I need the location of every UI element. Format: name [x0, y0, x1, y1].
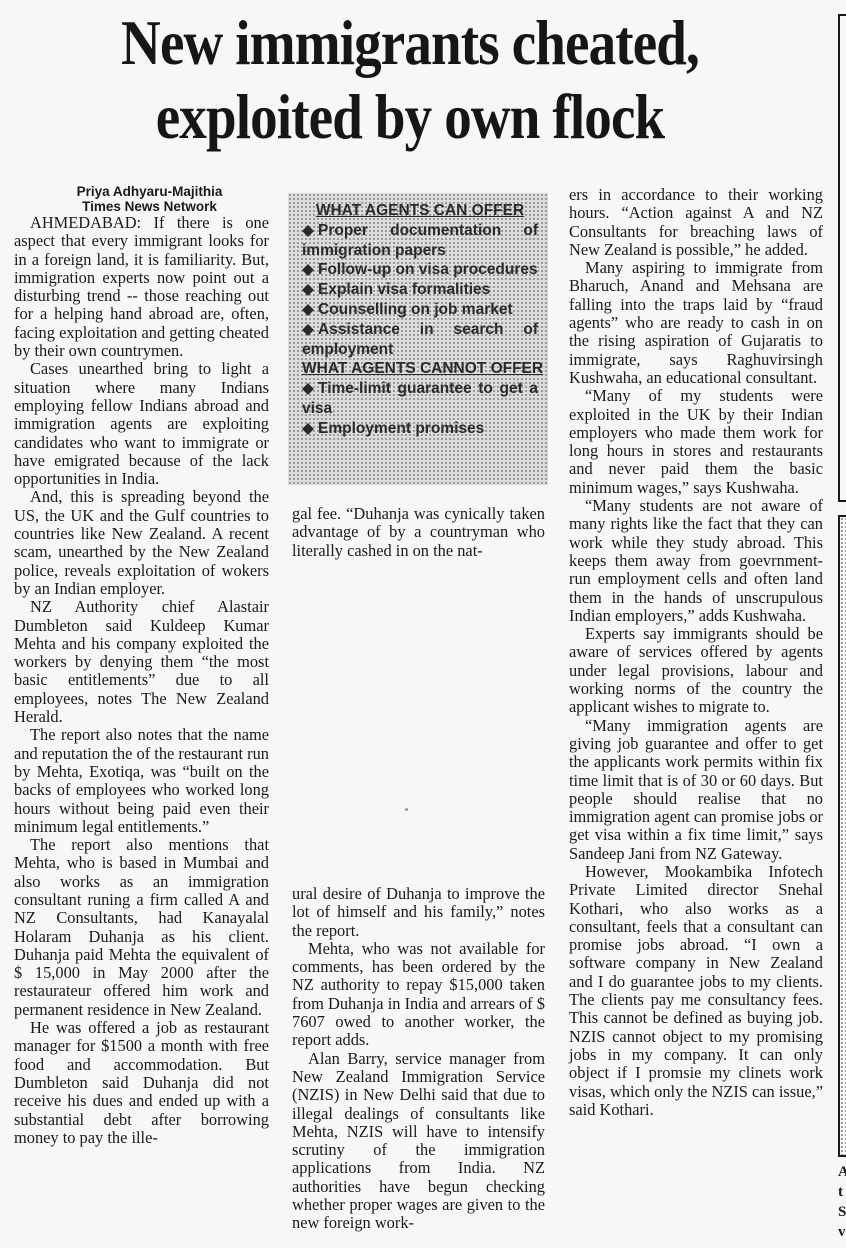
paragraph: gal fee. “Duhanja was cynically taken ad… — [292, 505, 545, 560]
fragment-letter: v — [838, 1222, 846, 1242]
headline-line-1: New immigrants cheated, — [57, 6, 762, 80]
adjacent-article-frame — [838, 14, 846, 502]
paragraph: Mehta, who was not available for comment… — [292, 940, 545, 1050]
paragraph: ers in accordance to their working hours… — [569, 186, 823, 259]
paragraph: “Many immigration agents are giving job … — [569, 717, 823, 863]
paragraph: AHMEDABAD: If there is one aspect that e… — [14, 214, 269, 360]
diamond-bullet-icon: ◆ — [302, 379, 318, 399]
item-text: Proper documentation of immigration pape… — [302, 222, 538, 259]
item-text: Assistance in search of employment — [302, 321, 538, 358]
agents-info-box: WHAT AGENTS CAN OFFER ◆Proper documentat… — [288, 193, 548, 485]
diamond-bullet-icon: ◆ — [302, 419, 318, 439]
diamond-bullet-icon: ◆ — [302, 320, 318, 340]
cannot-offer-item: ◆Employment promises — [302, 419, 538, 439]
item-text: Counselling on job market — [318, 301, 513, 318]
can-offer-heading: WHAT AGENTS CAN OFFER — [302, 201, 538, 221]
adjacent-article-text-fragment: A t S v — [838, 1162, 846, 1242]
item-text: Time-limit guarantee to get a visa — [302, 380, 538, 417]
paragraph: “Many students are not aware of many rig… — [569, 497, 823, 625]
item-text: Employment promises — [318, 420, 484, 437]
print-speck — [405, 808, 408, 811]
byline-author: Priya Adhyaru-Majithia — [14, 184, 269, 199]
fragment-letter: t — [838, 1182, 846, 1202]
paragraph: And, this is spreading beyond the US, th… — [14, 488, 269, 598]
can-offer-item: ◆Proper documentation of immigration pap… — [302, 221, 538, 261]
fragment-letter: A — [838, 1162, 846, 1182]
diamond-bullet-icon: ◆ — [302, 221, 318, 241]
can-offer-item: ◆Assistance in search of employment — [302, 320, 538, 360]
can-offer-item: ◆Counselling on job market — [302, 300, 538, 320]
paragraph: ural desire of Duhanja to improve the lo… — [292, 885, 545, 940]
paragraph: NZ Authority chief Alastair Dumbleton sa… — [14, 598, 269, 726]
paragraph: “Many of my students were exploited in t… — [569, 387, 823, 497]
diamond-bullet-icon: ◆ — [302, 300, 318, 320]
byline-agency: Times News Network — [14, 199, 269, 214]
cannot-offer-heading: WHAT AGENTS CANNOT OFFER — [302, 359, 538, 379]
paragraph: Cases unearthed bring to light a situati… — [14, 360, 269, 488]
diamond-bullet-icon: ◆ — [302, 280, 318, 300]
fragment-letter: S — [838, 1202, 846, 1222]
paragraph: He was offered a job as restaurant manag… — [14, 1019, 269, 1147]
item-text: Follow-up on visa procedures — [318, 261, 538, 278]
paragraph: The report also mentions that Mehta, who… — [14, 836, 269, 1019]
can-offer-item: ◆Explain visa formalities — [302, 280, 538, 300]
can-offer-item: ◆Follow-up on visa procedures — [302, 260, 538, 280]
adjacent-shaded-frame — [838, 515, 846, 1157]
article-column-2-bottom: ural desire of Duhanja to improve the lo… — [292, 885, 545, 1233]
paragraph: The report also notes that the name and … — [14, 726, 269, 836]
cannot-offer-item: ◆Time-limit guarantee to get a visa — [302, 379, 538, 419]
headline: New immigrants cheated, exploited by own… — [57, 6, 762, 154]
paragraph: Alan Barry, service manager from New Zea… — [292, 1050, 545, 1233]
article-column-1: Priya Adhyaru-Majithia Times News Networ… — [14, 184, 269, 1147]
paragraph: Many aspiring to immigrate from Bharuch,… — [569, 259, 823, 387]
paragraph: Experts say immigrants should be aware o… — [569, 625, 823, 716]
article-column-2-top: gal fee. “Duhanja was cynically taken ad… — [292, 505, 545, 560]
item-text: Explain visa formalities — [318, 281, 490, 298]
paragraph: However, Mookambika Infotech Private Lim… — [569, 863, 823, 1119]
article-column-3: ers in accordance to their working hours… — [569, 186, 823, 1119]
headline-line-2: exploited by own flock — [57, 80, 762, 154]
diamond-bullet-icon: ◆ — [302, 260, 318, 280]
